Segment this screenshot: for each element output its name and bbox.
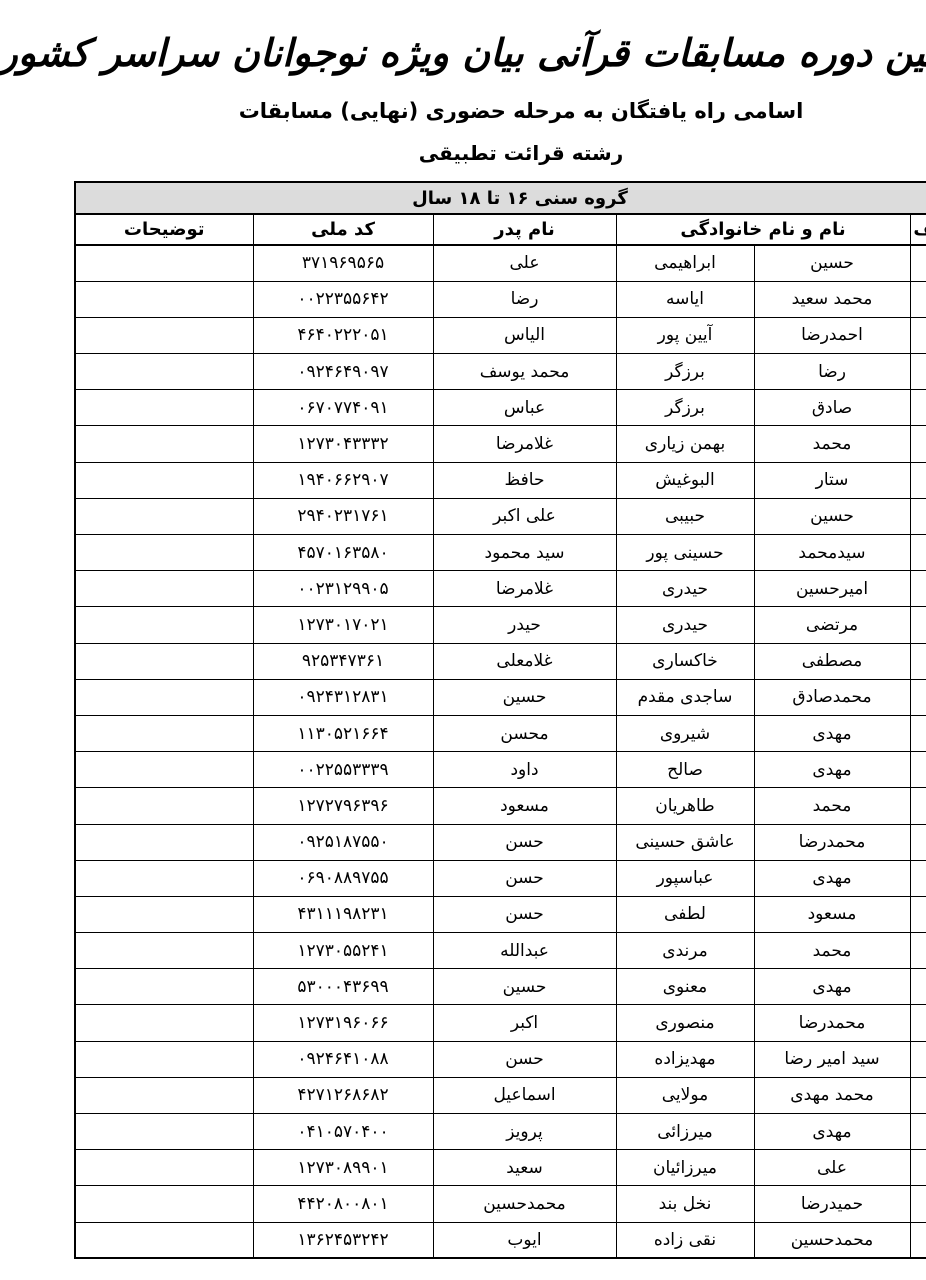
father-name-cell: حسن	[375, 824, 558, 860]
national-id-cell: ۰۹۲۴۳۱۲۸۳۱	[195, 679, 375, 715]
row-number-cell: ۵	[852, 390, 907, 426]
row-number-cell: ۲۰	[852, 933, 907, 969]
col-header-national-id: کد ملی	[195, 214, 375, 245]
row-number-cell: ۲۴	[852, 1077, 907, 1113]
last-name-cell: ایاسه	[558, 281, 696, 317]
notes-cell	[17, 317, 195, 353]
table-row: ۲۴محمد مهدیمولاییاسماعیل۴۲۷۱۲۶۸۶۸۲	[17, 1077, 907, 1113]
last-name-cell: حیدری	[558, 607, 696, 643]
row-number-cell: ۱۵	[852, 752, 907, 788]
father-name-cell: ایوب	[375, 1222, 558, 1258]
first-name-cell: محمد سعید	[696, 281, 852, 317]
table-row: ۲۷حمیدرضانخل بندمحمدحسین۴۴۲۰۸۰۰۸۰۱	[17, 1186, 907, 1222]
last-name-cell: معنوی	[558, 969, 696, 1005]
father-name-cell: حسین	[375, 679, 558, 715]
national-id-cell: ۵۳۰۰۰۴۳۶۹۹	[195, 969, 375, 1005]
first-name-cell: رضا	[696, 354, 852, 390]
first-name-cell: مسعود	[696, 896, 852, 932]
national-id-cell: ۰۰۲۲۳۵۵۶۴۲	[195, 281, 375, 317]
national-id-cell: ۳۷۱۹۶۹۵۶۵	[195, 245, 375, 281]
first-name-cell: محمد	[696, 426, 852, 462]
father-name-cell: عباس	[375, 390, 558, 426]
table-row: ۲۳سید امیر رضامهدیزادهحسن۰۹۲۴۶۴۱۰۸۸	[17, 1041, 907, 1077]
notes-cell	[17, 1150, 195, 1186]
notes-cell	[17, 1041, 195, 1077]
row-number-cell: ۹	[852, 535, 907, 571]
last-name-cell: نقی زاده	[558, 1222, 696, 1258]
document-header: اولین دوره مسابقات قرآنی بیان ویژه نوجوا…	[18, 12, 908, 167]
notes-cell	[17, 715, 195, 751]
first-name-cell: محمدرضا	[696, 1005, 852, 1041]
father-name-cell: حافظ	[375, 462, 558, 498]
notes-cell	[17, 354, 195, 390]
notes-cell	[17, 1077, 195, 1113]
first-name-cell: محمدرضا	[696, 824, 852, 860]
last-name-cell: میرزائیان	[558, 1150, 696, 1186]
last-name-cell: میرزائی	[558, 1114, 696, 1150]
notes-cell	[17, 643, 195, 679]
column-header-row: ردیف نام و نام خانوادگی نام پدر کد ملی ت…	[17, 214, 907, 245]
table-row: ۱حسینابراهیمیعلی۳۷۱۹۶۹۵۶۵	[17, 245, 907, 281]
national-id-cell: ۴۲۷۱۲۶۸۶۸۲	[195, 1077, 375, 1113]
father-name-cell: غلامعلی	[375, 643, 558, 679]
notes-cell	[17, 535, 195, 571]
row-number-cell: ۱۰	[852, 571, 907, 607]
national-id-cell: ۰۴۱۰۵۷۰۴۰۰	[195, 1114, 375, 1150]
row-number-cell: ۱۶	[852, 788, 907, 824]
national-id-cell: ۱۱۳۰۵۲۱۶۶۴	[195, 715, 375, 751]
national-id-cell: ۱۳۶۲۴۵۳۲۴۲	[195, 1222, 375, 1258]
first-name-cell: علی	[696, 1150, 852, 1186]
national-id-cell: ۴۳۱۱۱۹۸۲۳۱	[195, 896, 375, 932]
row-number-cell: ۲۲	[852, 1005, 907, 1041]
father-name-cell: علی	[375, 245, 558, 281]
national-id-cell: ۱۲۷۳۱۹۶۰۶۶	[195, 1005, 375, 1041]
last-name-cell: آیین پور	[558, 317, 696, 353]
last-name-cell: عاشق حسینی	[558, 824, 696, 860]
first-name-cell: محمد	[696, 933, 852, 969]
last-name-cell: بهمن زیاری	[558, 426, 696, 462]
last-name-cell: شیروی	[558, 715, 696, 751]
row-number-cell: ۲۷	[852, 1186, 907, 1222]
first-name-cell: حسین	[696, 498, 852, 534]
table-row: ۱۷محمدرضاعاشق حسینیحسن۰۹۲۵۱۸۷۵۵۰	[17, 824, 907, 860]
table-row: ۲۰محمدمرندیعبدالله۱۲۷۳۰۵۵۲۴۱	[17, 933, 907, 969]
page: اولین دوره مسابقات قرآنی بیان ویژه نوجوا…	[0, 0, 926, 1280]
last-name-cell: خاکساری	[558, 643, 696, 679]
notes-cell	[17, 245, 195, 281]
father-name-cell: حسن	[375, 896, 558, 932]
row-number-cell: ۴	[852, 354, 907, 390]
first-name-cell: مهدی	[696, 860, 852, 896]
father-name-cell: حسن	[375, 1041, 558, 1077]
table-row: ۲۱مهدیمعنویحسین۵۳۰۰۰۴۳۶۹۹	[17, 969, 907, 1005]
table-row: ۵صادقبرزگرعباس۰۶۷۰۷۷۴۰۹۱	[17, 390, 907, 426]
first-name-cell: مصطفی	[696, 643, 852, 679]
father-name-cell: محمد یوسف	[375, 354, 558, 390]
father-name-cell: علی اکبر	[375, 498, 558, 534]
father-name-cell: حسین	[375, 969, 558, 1005]
last-name-cell: حسینی پور	[558, 535, 696, 571]
first-name-cell: امیرحسین	[696, 571, 852, 607]
notes-cell	[17, 788, 195, 824]
father-name-cell: مسعود	[375, 788, 558, 824]
father-name-cell: محسن	[375, 715, 558, 751]
row-number-cell: ۱۸	[852, 860, 907, 896]
last-name-cell: لطفی	[558, 896, 696, 932]
last-name-cell: ساجدی مقدم	[558, 679, 696, 715]
national-id-cell: ۰۰۲۲۵۵۳۳۳۹	[195, 752, 375, 788]
national-id-cell: ۱۲۷۲۷۹۶۳۹۶	[195, 788, 375, 824]
col-header-father-name: نام پدر	[375, 214, 558, 245]
father-name-cell: حیدر	[375, 607, 558, 643]
last-name-cell: حیدری	[558, 571, 696, 607]
table-row: ۱۰امیرحسینحیدریغلامرضا۰۰۲۳۱۲۹۹۰۵	[17, 571, 907, 607]
last-name-cell: طاهریان	[558, 788, 696, 824]
table-row: ۱۴مهدیشیرویمحسن۱۱۳۰۵۲۱۶۶۴	[17, 715, 907, 751]
table-row: ۲۵مهدیمیرزائیپرویز۰۴۱۰۵۷۰۴۰۰	[17, 1114, 907, 1150]
father-name-cell: محمدحسین	[375, 1186, 558, 1222]
table-row: ۳احمدرضاآیین پورالیاس۴۶۴۰۲۲۲۰۵۱	[17, 317, 907, 353]
notes-cell	[17, 498, 195, 534]
national-id-cell: ۱۲۷۳۰۵۵۲۴۱	[195, 933, 375, 969]
last-name-cell: صالح	[558, 752, 696, 788]
national-id-cell: ۰۹۲۴۶۴۹۰۹۷	[195, 354, 375, 390]
table-row: ۱۹مسعودلطفیحسن۴۳۱۱۱۹۸۲۳۱	[17, 896, 907, 932]
notes-cell	[17, 933, 195, 969]
notes-cell	[17, 1186, 195, 1222]
row-number-cell: ۱۱	[852, 607, 907, 643]
last-name-cell: مولایی	[558, 1077, 696, 1113]
father-name-cell: اکبر	[375, 1005, 558, 1041]
col-header-notes: توضیحات	[17, 214, 195, 245]
first-name-cell: سیدمحمد	[696, 535, 852, 571]
father-name-cell: اسماعیل	[375, 1077, 558, 1113]
row-number-cell: ۳	[852, 317, 907, 353]
first-name-cell: حمیدرضا	[696, 1186, 852, 1222]
table-row: ۱۶محمدطاهریانمسعود۱۲۷۲۷۹۶۳۹۶	[17, 788, 907, 824]
father-name-cell: غلامرضا	[375, 571, 558, 607]
table-body: ۱حسینابراهیمیعلی۳۷۱۹۶۹۵۶۵۲محمد سعیدایاسه…	[17, 245, 907, 1258]
table-row: ۲۶علیمیرزائیانسعید۱۲۷۳۰۸۹۹۰۱	[17, 1150, 907, 1186]
father-name-cell: سعید	[375, 1150, 558, 1186]
father-name-cell: سید محمود	[375, 535, 558, 571]
notes-cell	[17, 860, 195, 896]
subtitle-field: رشته قرائت تطبیقی	[18, 139, 908, 167]
last-name-cell: البوغیش	[558, 462, 696, 498]
table-row: ۹سیدمحمدحسینی پورسید محمود۴۵۷۰۱۶۳۵۸۰	[17, 535, 907, 571]
last-name-cell: برزگر	[558, 354, 696, 390]
first-name-cell: مرتضی	[696, 607, 852, 643]
first-name-cell: احمدرضا	[696, 317, 852, 353]
first-name-cell: مهدی	[696, 752, 852, 788]
father-name-cell: غلامرضا	[375, 426, 558, 462]
last-name-cell: مرندی	[558, 933, 696, 969]
last-name-cell: عباسپور	[558, 860, 696, 896]
first-name-cell: مهدی	[696, 969, 852, 1005]
national-id-cell: ۱۲۷۳۰۱۷۰۲۱	[195, 607, 375, 643]
row-number-cell: ۱۷	[852, 824, 907, 860]
notes-cell	[17, 752, 195, 788]
notes-cell	[17, 426, 195, 462]
last-name-cell: ابراهیمی	[558, 245, 696, 281]
table-row: ۱۵مهدیصالحداود۰۰۲۲۵۵۳۳۳۹	[17, 752, 907, 788]
father-name-cell: حسن	[375, 860, 558, 896]
row-number-cell: ۲۶	[852, 1150, 907, 1186]
first-name-cell: محمد	[696, 788, 852, 824]
row-number-cell: ۲۳	[852, 1041, 907, 1077]
first-name-cell: مهدی	[696, 715, 852, 751]
national-id-cell: ۰۹۲۵۱۸۷۵۵۰	[195, 824, 375, 860]
last-name-cell: برزگر	[558, 390, 696, 426]
calligraphy-title: اولین دوره مسابقات قرآنی بیان ویژه نوجوا…	[18, 12, 908, 94]
row-number-cell: ۷	[852, 462, 907, 498]
row-number-cell: ۱۹	[852, 896, 907, 932]
notes-cell	[17, 1222, 195, 1258]
age-group-band: گروه سنی ۱۶ تا ۱۸ سال	[17, 182, 907, 214]
father-name-cell: رضا	[375, 281, 558, 317]
national-id-cell: ۰۶۷۰۷۷۴۰۹۱	[195, 390, 375, 426]
notes-cell	[17, 969, 195, 1005]
father-name-cell: پرویز	[375, 1114, 558, 1150]
row-number-cell: ۲۵	[852, 1114, 907, 1150]
row-number-cell: ۱۳	[852, 679, 907, 715]
first-name-cell: ستار	[696, 462, 852, 498]
father-name-cell: عبدالله	[375, 933, 558, 969]
table-row: ۲۲محمدرضامنصوریاکبر۱۲۷۳۱۹۶۰۶۶	[17, 1005, 907, 1041]
table-row: ۸حسینحبیبیعلی اکبر۲۹۴۰۲۳۱۷۶۱	[17, 498, 907, 534]
first-name-cell: محمدحسین	[696, 1222, 852, 1258]
last-name-cell: حبیبی	[558, 498, 696, 534]
table-row: ۱۲مصطفیخاکساریغلامعلی۹۲۵۳۴۷۳۶۱	[17, 643, 907, 679]
notes-cell	[17, 1114, 195, 1150]
national-id-cell: ۴۶۴۰۲۲۲۰۵۱	[195, 317, 375, 353]
table-row: ۲محمد سعیدایاسهرضا۰۰۲۲۳۵۵۶۴۲	[17, 281, 907, 317]
first-name-cell: حسین	[696, 245, 852, 281]
last-name-cell: نخل بند	[558, 1186, 696, 1222]
age-group-band-row: گروه سنی ۱۶ تا ۱۸ سال	[17, 182, 907, 214]
national-id-cell: ۴۴۲۰۸۰۰۸۰۱	[195, 1186, 375, 1222]
last-name-cell: مهدیزاده	[558, 1041, 696, 1077]
notes-cell	[17, 390, 195, 426]
table-row: ۱۱مرتضیحیدریحیدر۱۲۷۳۰۱۷۰۲۱	[17, 607, 907, 643]
national-id-cell: ۰۶۹۰۸۸۹۷۵۵	[195, 860, 375, 896]
col-header-full-name: نام و نام خانوادگی	[558, 214, 852, 245]
notes-cell	[17, 281, 195, 317]
national-id-cell: ۹۲۵۳۴۷۳۶۱	[195, 643, 375, 679]
row-number-cell: ۸	[852, 498, 907, 534]
row-number-cell: ۲	[852, 281, 907, 317]
notes-cell	[17, 571, 195, 607]
father-name-cell: الیاس	[375, 317, 558, 353]
results-table: گروه سنی ۱۶ تا ۱۸ سال ردیف نام و نام خان…	[16, 181, 908, 1259]
last-name-cell: منصوری	[558, 1005, 696, 1041]
first-name-cell: سید امیر رضا	[696, 1041, 852, 1077]
row-number-cell: ۶	[852, 426, 907, 462]
row-number-cell: ۱۲	[852, 643, 907, 679]
notes-cell	[17, 462, 195, 498]
notes-cell	[17, 607, 195, 643]
first-name-cell: محمد مهدی	[696, 1077, 852, 1113]
row-number-cell: ۱	[852, 245, 907, 281]
father-name-cell: داود	[375, 752, 558, 788]
national-id-cell: ۱۹۴۰۶۶۲۹۰۷	[195, 462, 375, 498]
table-row: ۷ستارالبوغیشحافظ۱۹۴۰۶۶۲۹۰۷	[17, 462, 907, 498]
row-number-cell: ۲۱	[852, 969, 907, 1005]
national-id-cell: ۰۰۲۳۱۲۹۹۰۵	[195, 571, 375, 607]
notes-cell	[17, 1005, 195, 1041]
row-number-cell: ۲۸	[852, 1222, 907, 1258]
first-name-cell: مهدی	[696, 1114, 852, 1150]
row-number-cell: ۱۴	[852, 715, 907, 751]
notes-cell	[17, 896, 195, 932]
national-id-cell: ۲۹۴۰۲۳۱۷۶۱	[195, 498, 375, 534]
notes-cell	[17, 824, 195, 860]
national-id-cell: ۰۹۲۴۶۴۱۰۸۸	[195, 1041, 375, 1077]
table-row: ۱۳محمدصادقساجدی مقدمحسین۰۹۲۴۳۱۲۸۳۱	[17, 679, 907, 715]
table-row: ۶محمدبهمن زیاریغلامرضا۱۲۷۳۰۴۳۳۳۲	[17, 426, 907, 462]
national-id-cell: ۱۲۷۳۰۴۳۳۳۲	[195, 426, 375, 462]
table-row: ۴رضابرزگرمحمد یوسف۰۹۲۴۶۴۹۰۹۷	[17, 354, 907, 390]
subtitle-qualifiers: اسامی راه یافتگان به مرحله حضوری (نهایی)…	[18, 96, 908, 126]
table-row: ۲۸محمدحسیننقی زادهایوب۱۳۶۲۴۵۳۲۴۲	[17, 1222, 907, 1258]
national-id-cell: ۴۵۷۰۱۶۳۵۸۰	[195, 535, 375, 571]
first-name-cell: محمدصادق	[696, 679, 852, 715]
first-name-cell: صادق	[696, 390, 852, 426]
national-id-cell: ۱۲۷۳۰۸۹۹۰۱	[195, 1150, 375, 1186]
table-row: ۱۸مهدیعباسپورحسن۰۶۹۰۸۸۹۷۵۵	[17, 860, 907, 896]
col-header-row-no: ردیف	[852, 214, 907, 245]
notes-cell	[17, 679, 195, 715]
